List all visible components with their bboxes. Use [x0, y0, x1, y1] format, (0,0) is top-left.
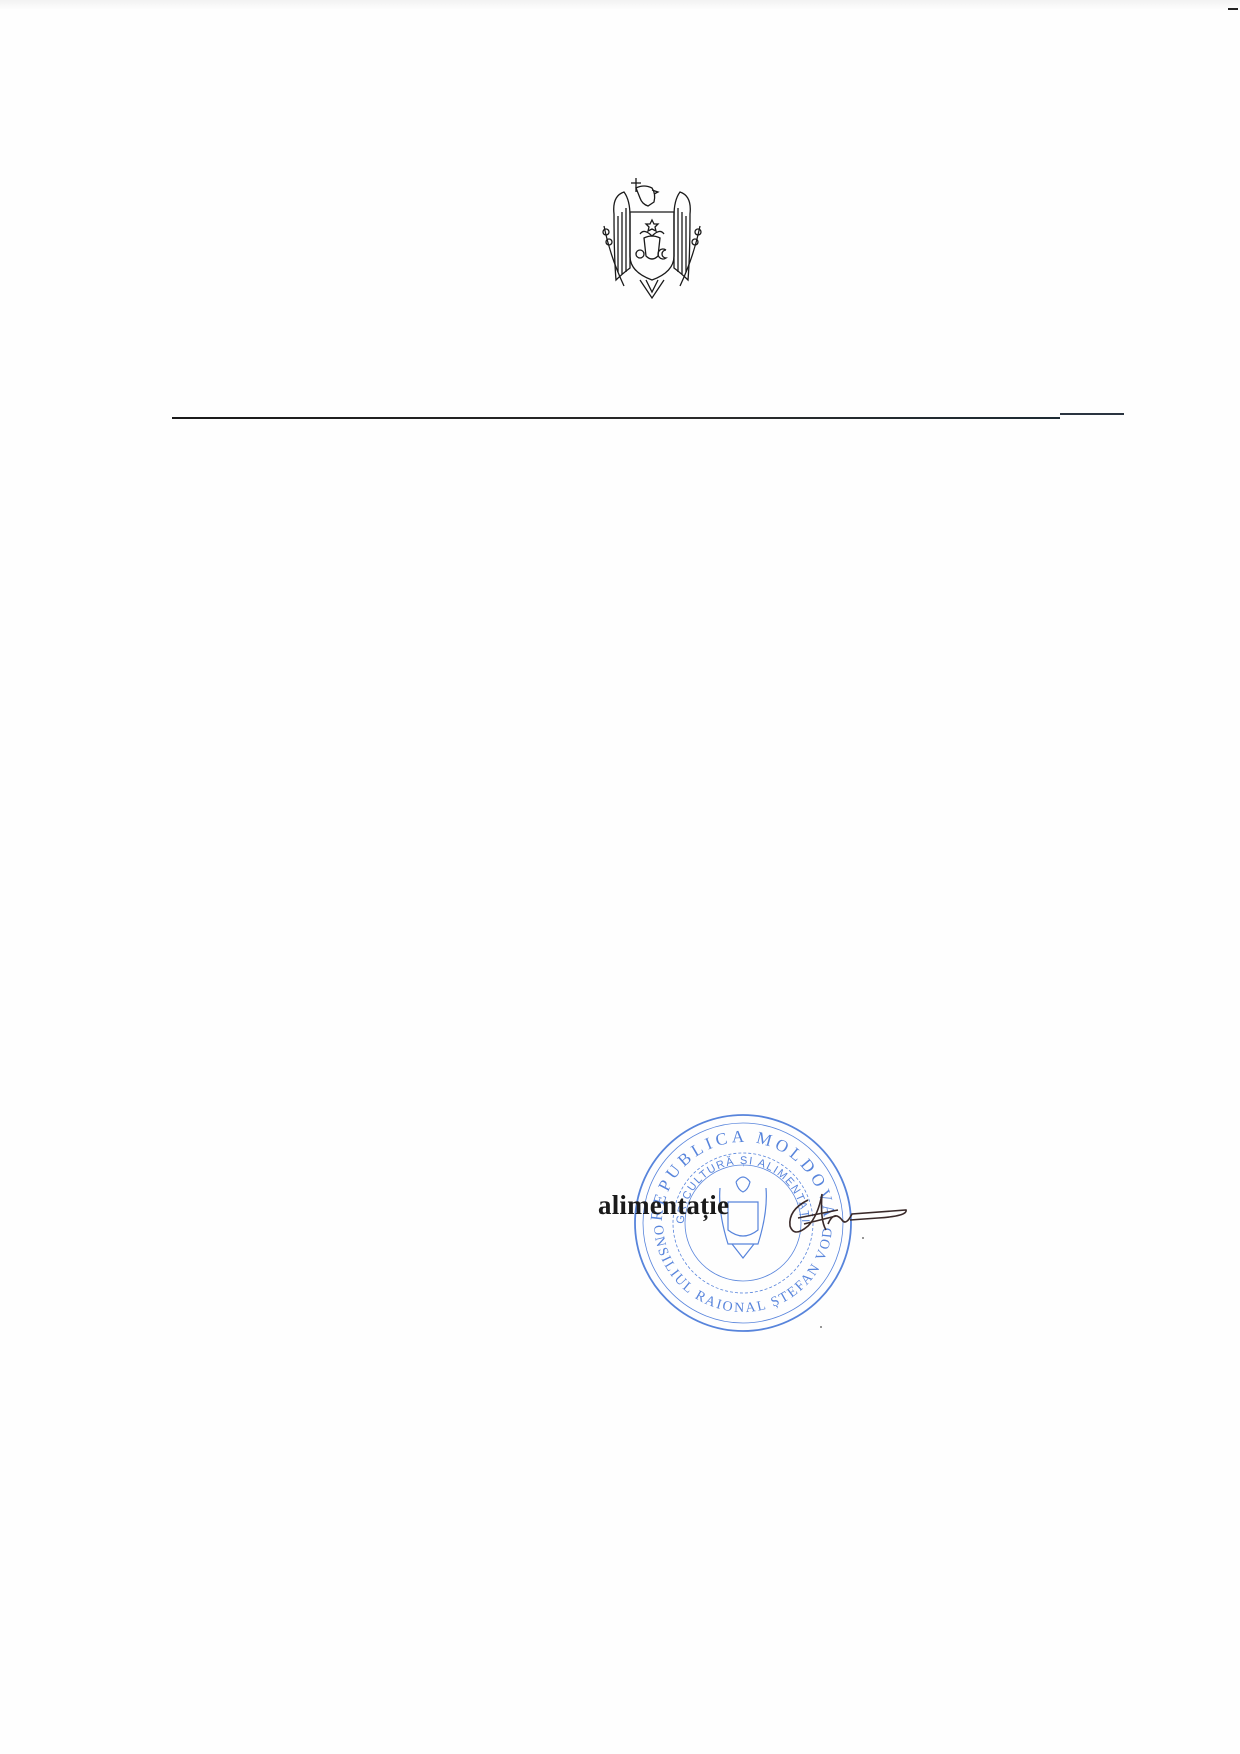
- handwritten-signature: [778, 1180, 908, 1240]
- scan-speck: [820, 1326, 822, 1328]
- scan-edge: [0, 0, 1240, 10]
- document-page: REPUBLICA MOLDOVA AGRICULTURĂ ȘI ALIMENT…: [0, 0, 1240, 1754]
- scan-speck: [862, 1237, 864, 1239]
- header-divider: [172, 417, 1060, 419]
- scan-mark: [1228, 8, 1238, 10]
- coat-of-arms-icon: [600, 176, 704, 300]
- signature-line-text: alimentație: [598, 1190, 729, 1221]
- header-divider-tail: [1060, 413, 1124, 415]
